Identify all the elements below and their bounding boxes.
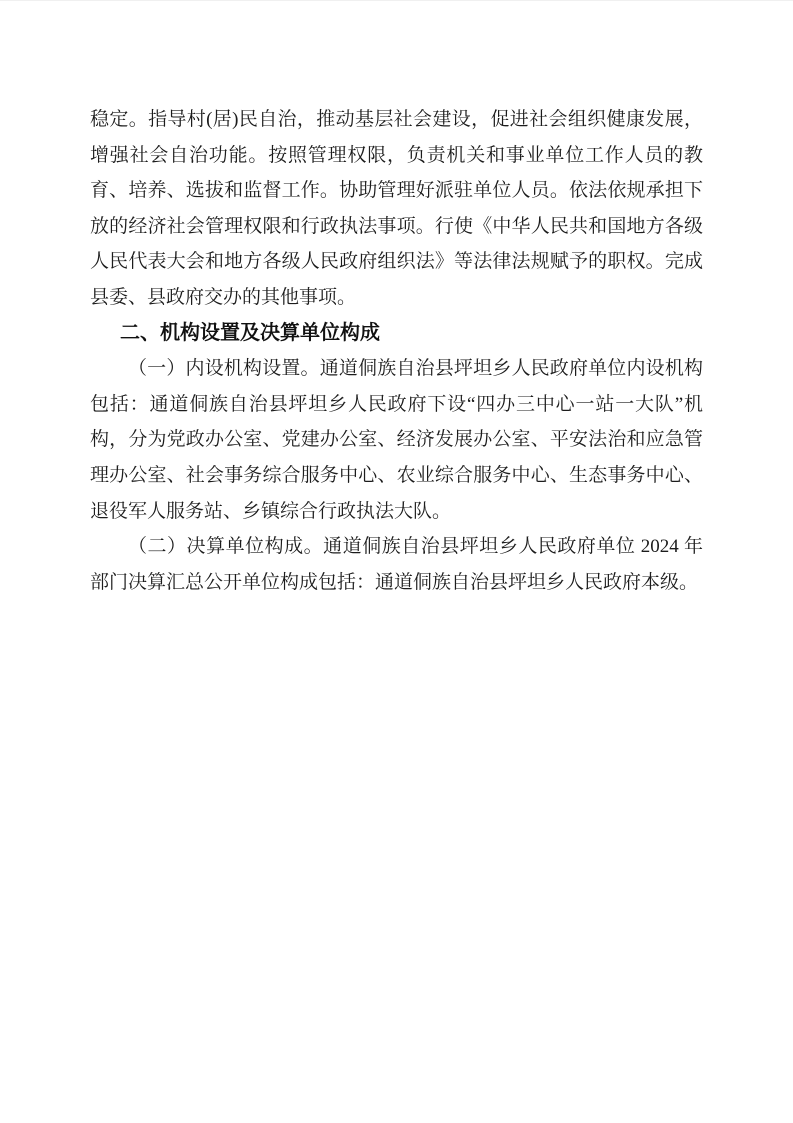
- text-line: 部门决算汇总公开单位构成包括：通道侗族自治县坪坦乡人民政府本级。: [90, 565, 703, 601]
- text-line: 增强社会自治功能。按照管理权限，负责机关和事业单位工作人员的教: [90, 138, 703, 174]
- text-line: 包括：通道侗族自治县坪坦乡人民政府下设“四办三中心一站一大队”机: [90, 387, 703, 423]
- section-heading: 二、机构设置及决算单位构成: [90, 316, 703, 352]
- text-line: 稳定。指导村(居)民自治，推动基层社会建设，促进社会组织健康发展，: [90, 102, 703, 138]
- text-line: （二）决算单位构成。通道侗族自治县坪坦乡人民政府单位 2024 年: [90, 529, 703, 565]
- text-line: 人民代表大会和地方各级人民政府组织法》等法律法规赋予的职权。完成: [90, 244, 703, 280]
- document-page: 稳定。指导村(居)民自治，推动基层社会建设，促进社会组织健康发展， 增强社会自治…: [0, 0, 793, 1123]
- text-line: 理办公室、社会事务综合服务中心、农业综合服务中心、生态事务中心、: [90, 458, 703, 494]
- text-line: 育、培养、选拔和监督工作。协助管理好派驻单位人员。依法依规承担下: [90, 173, 703, 209]
- paragraph-unit-composition: （二）决算单位构成。通道侗族自治县坪坦乡人民政府单位 2024 年 部门决算汇总…: [90, 529, 703, 600]
- text-line: 县委、县政府交办的其他事项。: [90, 280, 703, 316]
- document-text-block: 稳定。指导村(居)民自治，推动基层社会建设，促进社会组织健康发展， 增强社会自治…: [90, 102, 703, 600]
- paragraph-internal-organs: （一）内设机构设置。通道侗族自治县坪坦乡人民政府单位内设机构 包括：通道侗族自治…: [90, 351, 703, 529]
- text-line: 退役军人服务站、乡镇综合行政执法大队。: [90, 494, 703, 530]
- text-line: （一）内设机构设置。通道侗族自治县坪坦乡人民政府单位内设机构: [90, 351, 703, 387]
- text-line: 放的经济社会管理权限和行政执法事项。行使《中华人民共和国地方各级: [90, 209, 703, 245]
- text-line: 构，分为党政办公室、党建办公室、经济发展办公室、平安法治和应急管: [90, 422, 703, 458]
- paragraph-duties: 稳定。指导村(居)民自治，推动基层社会建设，促进社会组织健康发展， 增强社会自治…: [90, 102, 703, 316]
